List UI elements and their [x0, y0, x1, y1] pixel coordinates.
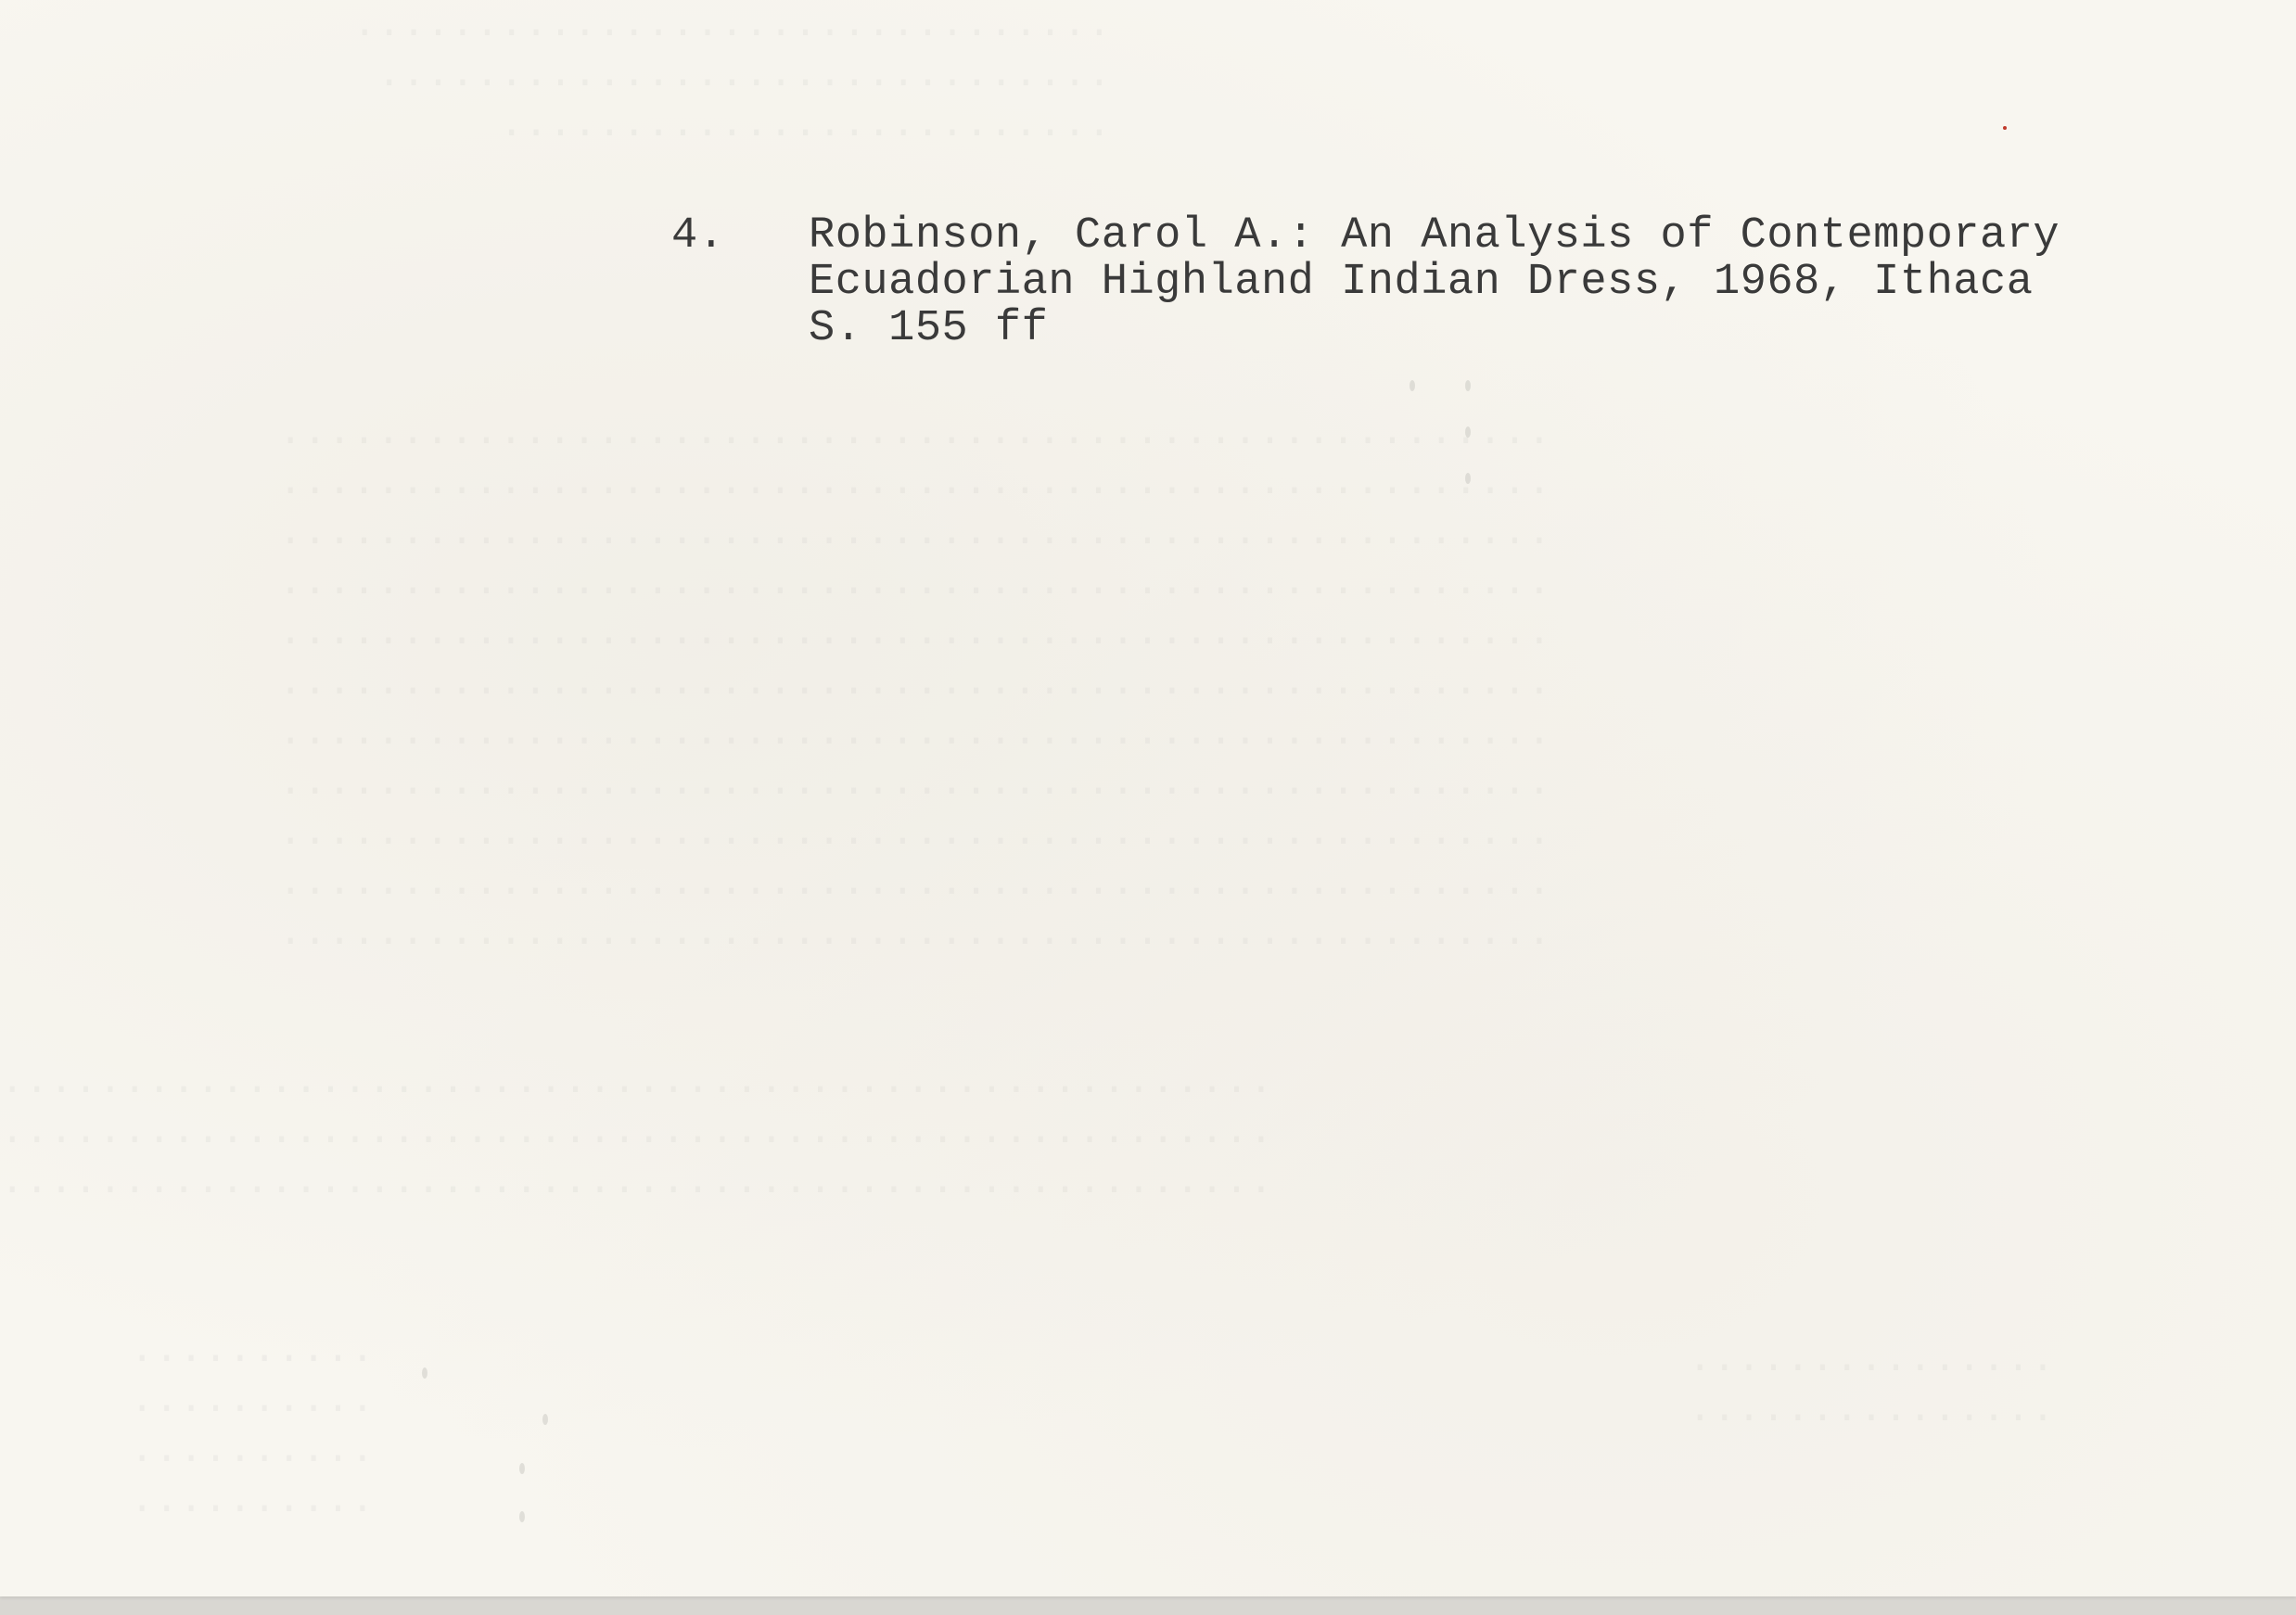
entry-text: Robinson, Carol A.: An Analysis of Conte…: [809, 213, 2060, 352]
entry-line: Ecuadorian Highland Indian Dress, 1968, …: [809, 260, 2060, 306]
bleed-through-text: ........................................…: [278, 408, 1551, 959]
punch-mark: [1465, 426, 1471, 438]
punch-mark: [1465, 380, 1471, 391]
punch-mark: [422, 1367, 427, 1379]
punch-mark: [1409, 380, 1415, 391]
entry-line: Robinson, Carol A.: An Analysis of Conte…: [809, 213, 2060, 260]
bleed-through-text: ............................... ........…: [352, 0, 1112, 150]
punch-mark: [542, 1414, 548, 1425]
punch-mark: [1465, 473, 1471, 484]
punch-mark: [519, 1511, 525, 1522]
entry-line: S. 155 ff: [809, 306, 2060, 352]
entry-number: 4.: [671, 213, 809, 352]
index-card: ............................... ........…: [0, 0, 2296, 1596]
punch-mark: [519, 1463, 525, 1474]
bleed-through-text: ............... ...............: [1688, 1335, 2055, 1435]
bibliography-entry: 4. Robinson, Carol A.: An Analysis of Co…: [671, 213, 2060, 352]
bleed-through-text: .......... .......... .......... .......…: [130, 1326, 375, 1526]
bleed-through-text: ........................................…: [0, 1057, 1273, 1207]
ink-speck: [2003, 126, 2007, 130]
